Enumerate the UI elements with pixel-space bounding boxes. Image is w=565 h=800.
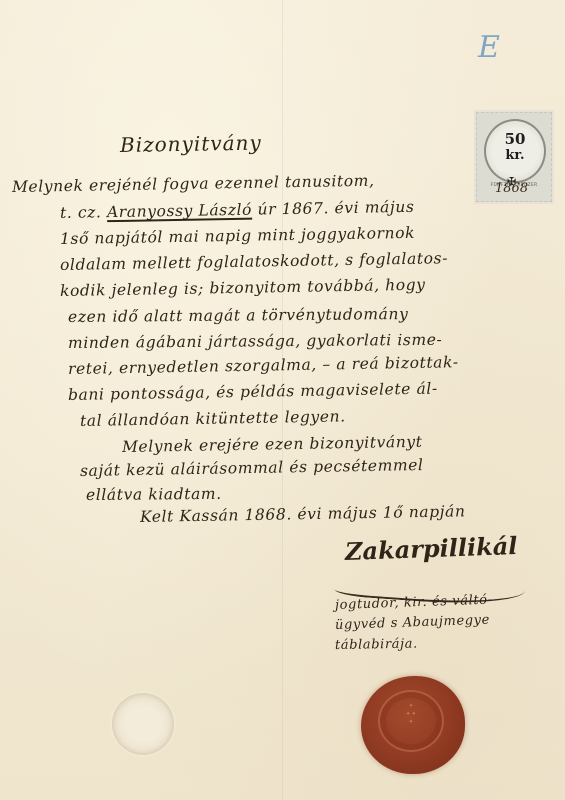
body-line-10: tal állandóan kitüntette legyen. — [80, 407, 346, 430]
body-line-3: 1ső napjától mai napig mint joggyakornok — [60, 224, 415, 248]
date-line: Kelt Kassán 1868. évi május 1ő napján — [140, 502, 466, 526]
stamp-cancellation: 1868 — [495, 181, 528, 196]
wax-seal-impression: ✦✦ ✦✦ — [378, 690, 444, 752]
revenue-stamp: 50 kr. ✠ FÜNFZIG KREUZER 1868 — [476, 112, 552, 202]
body-line-9: bani pontossága, és példás magaviselete … — [68, 380, 438, 404]
stamp-value: 50 — [486, 130, 544, 148]
underlined-name: Aranyossy László — [107, 201, 252, 222]
body-line-2-text: t. cz. Aranyossy László úr 1867. évi máj… — [60, 198, 415, 222]
body-line-1: Melynek erejénél fogva ezennel tanusitom… — [12, 172, 375, 196]
body-line-4: oldalam mellett foglalatoskodott, s fogl… — [60, 249, 448, 274]
body-line-13: ellátva kiadtam. — [86, 485, 222, 504]
body-line-8: retei, ernyedetlen szorgalma, – a reá bi… — [68, 353, 459, 378]
embossed-blind-seal — [112, 693, 174, 755]
corner-mark: E — [478, 30, 500, 65]
document-page: E Bizonyitvány 50 kr. ✠ FÜNFZIG KREUZER … — [0, 0, 565, 800]
body-line-6: ezen idő alatt magát a törvénytudomány — [68, 305, 409, 326]
stamp-medallion: 50 kr. — [484, 119, 546, 183]
signature: Zakarpillikál — [344, 531, 517, 566]
body-line-11: Melynek erejére ezen bizonyitványt — [122, 433, 423, 456]
body-line-5: kodik jelenleg is; bizonyitom továbbá, h… — [60, 276, 426, 300]
body-line-7: minden ágábani jártassága, gyakorlati is… — [68, 331, 443, 352]
signatory-title-line-2: ügyvéd s Abaujmegye — [335, 613, 490, 633]
body-line-12: saját kezü aláirásommal és pecsétemmel — [80, 456, 424, 480]
body-line-2: t. cz. Aranyossy László úr 1867. évi máj… — [60, 198, 415, 222]
stamp-unit: kr. — [486, 148, 544, 163]
signatory-title-line-3: táblabirája. — [335, 637, 418, 653]
document-title: Bizonyitvány — [120, 131, 262, 157]
red-wax-seal: ✦✦ ✦✦ — [361, 676, 465, 774]
